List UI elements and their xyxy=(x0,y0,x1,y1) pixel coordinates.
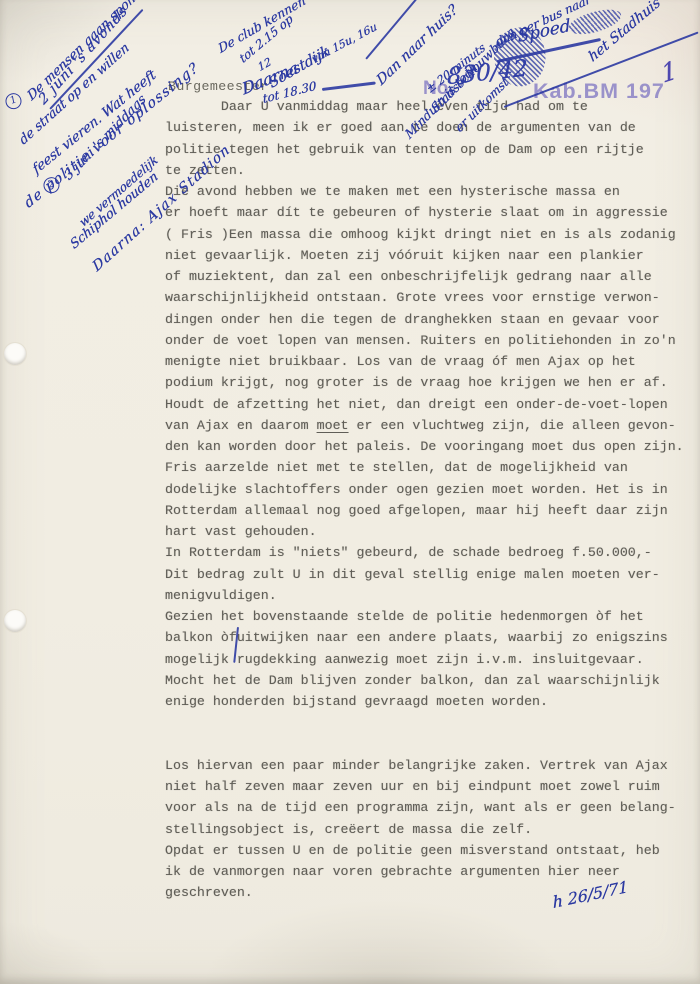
scanned-letter-page: Burgemeester Daar U vanmiddag maar heel … xyxy=(0,0,700,984)
typed-line: van Ajax en daarom moet er een vluchtweg… xyxy=(165,418,670,439)
typed-line: of muziektent, dan zal een onbeschrijfel… xyxy=(165,269,670,290)
typed-line: dingen onder hen die tegen de dranghekke… xyxy=(165,312,670,333)
typed-line: Dit bedrag zult U in dit geval stellig e… xyxy=(165,567,670,588)
typed-line: den kan worden door het paleis. De voori… xyxy=(165,439,670,460)
typed-line: menigte niet bruikbaar. Los van de vraag… xyxy=(165,354,670,375)
typed-line: niet gevaarlijk. Moeten zij vóóruit kijk… xyxy=(165,248,670,269)
typed-line: niet half zeven maar zeven uur en bij ei… xyxy=(165,779,670,800)
typed-line: mogelijk rugdekking aanwezig moet zijn i… xyxy=(165,652,670,673)
typed-line: dodelijke slachtoffers onder ogen gezien… xyxy=(165,482,670,503)
typed-line: Gezien het bovenstaande stelde de politi… xyxy=(165,609,670,630)
stamp-kab-label: Kab.BM 197 xyxy=(533,79,665,104)
typed-line: voor als na de tijd een programma zijn, … xyxy=(165,800,670,821)
typed-line: balkon òfuitwijken naar een andere plaat… xyxy=(165,630,670,651)
typed-line: onder de voet lopen van mensen. Ruiters … xyxy=(165,333,670,354)
typed-line xyxy=(165,715,670,736)
typed-line: podium krijgt, nog groter is de vraag ho… xyxy=(165,375,670,396)
typed-line: waarschijnlijkheid ontstaan. Grote vrees… xyxy=(165,290,670,311)
typed-line: enige honderden bijstand gevraagd moeten… xyxy=(165,694,670,715)
typed-line: politie tegen het gebruik van tenten op … xyxy=(165,142,670,163)
handwritten-annotation: van 15u, 16u xyxy=(310,20,379,66)
typed-line: Los hiervan een paar minder belangrijke … xyxy=(165,758,670,779)
typed-line: menigvuldigen. xyxy=(165,588,670,609)
typed-line: Die avond hebben we te maken met een hys… xyxy=(165,184,670,205)
typed-line: ( Fris )Een massa die omhoog kijkt dring… xyxy=(165,227,670,248)
typed-line: Opdat er tussen U en de politie geen mis… xyxy=(165,843,670,864)
typed-line: stellingsobject is, creëert de massa die… xyxy=(165,822,670,843)
typed-line: In Rotterdam is "niets" gebeurd, de scha… xyxy=(165,545,670,566)
typed-line: te zetten. xyxy=(165,163,670,184)
ink-stroke xyxy=(322,81,376,90)
typed-line: Rotterdam allemaal nog goed afgelopen, m… xyxy=(165,503,670,524)
typed-line: hart vast gehouden. xyxy=(165,524,670,545)
typed-line: ik de vanmorgen naar voren gebrachte arg… xyxy=(165,864,670,885)
typed-body: Daar U vanmiddag maar heel even tijd had… xyxy=(165,99,670,907)
circled-number-annotation: 1 xyxy=(4,92,23,111)
typed-line: Houdt de afzetting het niet, dan dreigt … xyxy=(165,397,670,418)
punch-hole-top xyxy=(4,343,26,365)
typed-line: er hoeft maar dít te gebeuren of hysteri… xyxy=(165,205,670,226)
punch-hole-bottom xyxy=(4,610,26,632)
typed-line xyxy=(165,737,670,758)
typed-line: Mocht het de Dam blijven zonder balkon, … xyxy=(165,673,670,694)
typed-line: Fris aarzelde niet met te stellen, dat d… xyxy=(165,460,670,481)
